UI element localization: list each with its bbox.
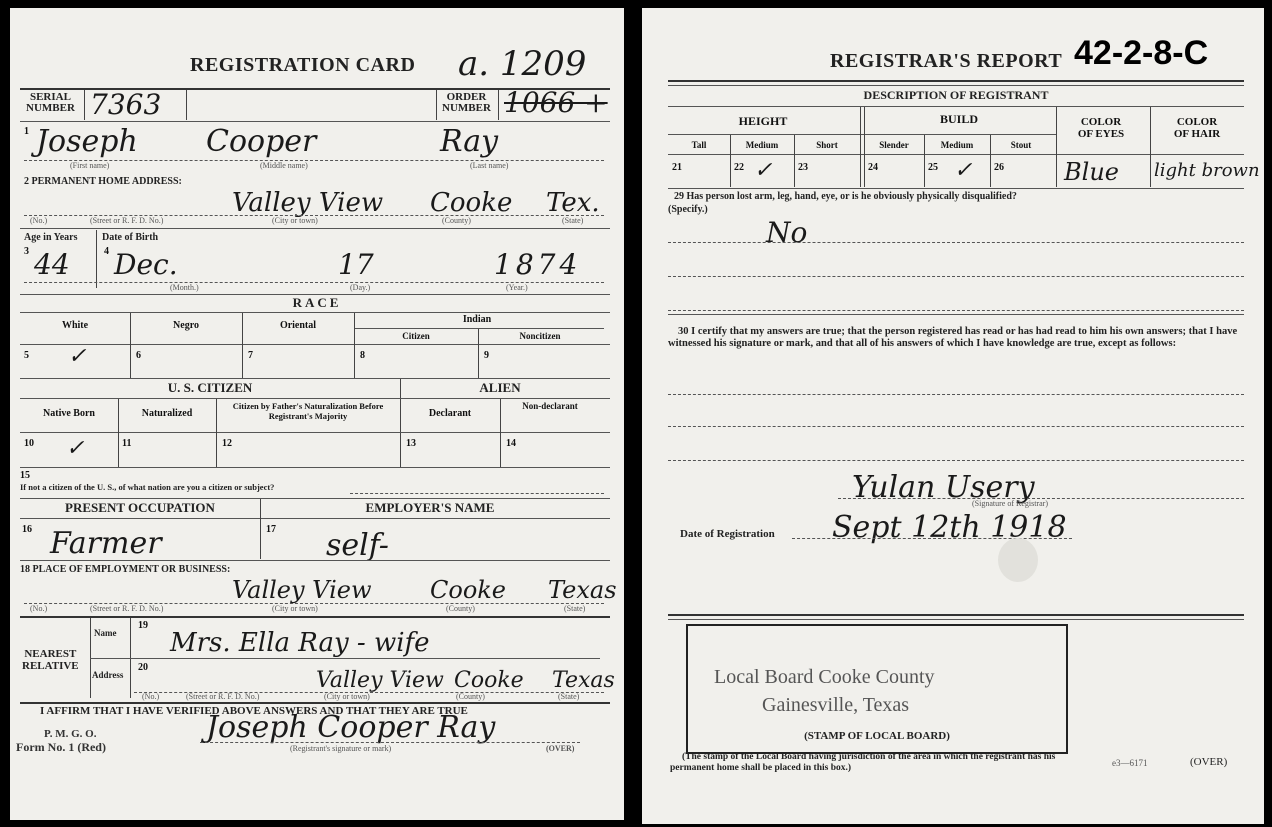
field-number: 10 xyxy=(24,438,34,449)
over-label: (OVER) xyxy=(546,744,574,753)
disqualified-question-text: Has person lost arm, leg, hand, eye, or … xyxy=(687,191,1017,202)
race-col-indian-citizen: Citizen xyxy=(354,331,478,341)
eye-color-label: COLOR OF EYES xyxy=(1056,116,1146,140)
print-code: e3—6171 xyxy=(1112,758,1148,768)
nation-question: If not a citizen of the U. S., of what n… xyxy=(20,482,274,492)
relative-city: Valley View xyxy=(316,668,444,693)
disqualified-answer: No xyxy=(766,216,807,249)
relative-state: Texas xyxy=(552,668,615,693)
signature-caption: (Registrant's signature or mark) xyxy=(290,744,391,753)
field-number: 7 xyxy=(248,350,253,361)
address-caption: (State) xyxy=(564,604,585,613)
nearest-relative-label-line: NEAREST xyxy=(22,648,79,660)
height-col-medium: Medium xyxy=(730,140,794,150)
form-number: Form No. 1 (Red) xyxy=(16,740,106,755)
dob-day: 17 xyxy=(338,248,374,281)
us-citizen-title: U. S. CITIZEN xyxy=(20,380,400,396)
hair-color-value: light brown xyxy=(1154,160,1260,181)
race-col-white: White xyxy=(20,320,130,331)
report-stamp-code: 42-2-8-C xyxy=(1074,34,1208,73)
disqualified-question: 29 Has person lost arm, leg, hand, eye, … xyxy=(674,191,1017,202)
last-name: Ray xyxy=(440,124,498,159)
address-caption: (County) xyxy=(442,216,471,225)
employer-value: self- xyxy=(326,528,389,563)
hair-color-label-line: OF HAIR xyxy=(1150,128,1244,140)
home-county: Cooke xyxy=(430,188,512,218)
field-number: 22 xyxy=(734,162,744,173)
registration-card-back: REGISTRAR'S REPORT 42-2-8-C DESCRIPTION … xyxy=(642,8,1264,824)
dob-month: Dec. xyxy=(114,248,178,281)
relative-name: Mrs. Ella Ray - wife xyxy=(170,628,430,658)
local-board-stamp-box: Local Board Cooke County Gainesville, Te… xyxy=(686,624,1068,754)
race-title: RACE xyxy=(10,295,624,311)
certification-text-body: I certify that my answers are true; that… xyxy=(668,326,1237,349)
field-number: 5 xyxy=(24,350,29,361)
dob-caption: (Month.) xyxy=(170,283,199,292)
employment-city: Valley View xyxy=(232,576,372,604)
registrar-report-title: REGISTRAR'S REPORT xyxy=(830,50,1062,73)
citizen-col-native-born: Native Born xyxy=(20,408,118,419)
dob-caption: (Day.) xyxy=(350,283,370,292)
card-title: REGISTRATION CARD xyxy=(190,54,415,77)
build-col-slender: Slender xyxy=(864,140,924,150)
registration-card-front: REGISTRATION CARD a. 1209 SERIAL NUMBER … xyxy=(10,8,624,820)
address-caption: (State) xyxy=(562,216,583,225)
relative-county: Cooke xyxy=(454,668,524,693)
height-medium-check: ✓ xyxy=(754,158,772,183)
specify-label: (Specify.) xyxy=(668,204,708,215)
race-col-oriental: Oriental xyxy=(242,320,354,331)
serial-number-label: SERIAL NUMBER xyxy=(26,92,75,114)
build-medium-check: ✓ xyxy=(954,158,972,183)
hair-color-label-line: COLOR xyxy=(1150,116,1244,128)
stamp-line-2: Gainesville, Texas xyxy=(762,694,909,717)
height-col-tall: Tall xyxy=(668,140,730,150)
field-number: 18 xyxy=(20,564,30,575)
field-number: 8 xyxy=(360,350,365,361)
race-white-check: ✓ xyxy=(68,344,86,369)
serial-number-value: 7363 xyxy=(90,88,161,121)
field-number: 23 xyxy=(798,162,808,173)
home-city: Valley View xyxy=(232,188,383,218)
eye-color-label-line: OF EYES xyxy=(1056,128,1146,140)
field-number: 6 xyxy=(136,350,141,361)
citizen-col-fathers-naturalization: Citizen by Father's Naturalization Befor… xyxy=(216,401,400,421)
height-col-short: Short xyxy=(794,140,860,150)
field-number: 20 xyxy=(138,662,148,673)
registrant-signature: Joseph Cooper Ray xyxy=(206,710,495,745)
field-number: 11 xyxy=(122,438,131,449)
certification-text: 30 I certify that my answers are true; t… xyxy=(668,326,1244,350)
occupation-value: Farmer xyxy=(50,526,162,561)
occupation-label: PRESENT OCCUPATION xyxy=(20,500,260,516)
address-caption: (No.) xyxy=(30,604,47,613)
description-title: DESCRIPTION OF REGISTRANT xyxy=(668,88,1244,103)
address-caption: (County) xyxy=(446,604,475,613)
height-label: HEIGHT xyxy=(668,114,858,129)
field-number: 3 xyxy=(24,246,29,257)
race-col-indian-noncitizen: Noncitizen xyxy=(478,331,602,341)
field-number: 30 xyxy=(678,326,689,337)
middle-name: Cooper xyxy=(206,124,316,159)
order-number-label: ORDER NUMBER xyxy=(442,92,491,114)
build-label: BUILD xyxy=(864,112,1054,127)
employment-state: Texas xyxy=(548,576,617,604)
alien-col-declarant: Declarant xyxy=(400,408,500,419)
card-mark: a. 1209 xyxy=(458,44,586,84)
build-col-stout: Stout xyxy=(990,140,1052,150)
field-number: 12 xyxy=(222,438,232,449)
citizen-col-naturalized: Naturalized xyxy=(118,408,216,419)
field-number: 19 xyxy=(138,620,148,631)
field-number: 15 xyxy=(20,470,30,481)
race-col-negro: Negro xyxy=(130,320,242,331)
field-number: 13 xyxy=(406,438,416,449)
nearest-relative-label: NEAREST RELATIVE xyxy=(22,648,79,672)
dob-label: Date of Birth xyxy=(102,232,158,243)
native-born-check: ✓ xyxy=(66,436,84,461)
address-caption: (City or town) xyxy=(272,604,318,613)
stamp-caption: (STAMP OF LOCAL BOARD) xyxy=(688,730,1066,742)
field-number: 4 xyxy=(104,246,109,257)
field-number: 26 xyxy=(994,162,1004,173)
address-caption: (Street or R. F. D. No.) xyxy=(186,692,259,701)
field-number: 14 xyxy=(506,438,516,449)
relative-address-label: Address xyxy=(92,670,123,680)
seal-mark xyxy=(998,538,1038,582)
address-caption: (City or town) xyxy=(272,216,318,225)
field-number: 2 xyxy=(24,176,29,187)
field-number: 24 xyxy=(868,162,878,173)
middle-name-caption: (Middle name) xyxy=(260,161,308,170)
eye-color-label-line: COLOR xyxy=(1056,116,1146,128)
field-number: 9 xyxy=(484,350,489,361)
place-of-employment-label-text: PLACE OF EMPLOYMENT OR BUSINESS: xyxy=(33,564,231,575)
registrar-signature-caption: (Signature of Registrar) xyxy=(972,499,1048,508)
hair-color-label: COLOR OF HAIR xyxy=(1150,116,1244,140)
race-col-indian: Indian xyxy=(354,314,600,325)
over-label: (OVER) xyxy=(1190,756,1227,768)
serial-label-line: NUMBER xyxy=(26,103,75,114)
stamp-line-1: Local Board Cooke County xyxy=(714,666,935,689)
address-caption: (No.) xyxy=(30,216,47,225)
order-label-line: NUMBER xyxy=(442,103,491,114)
form-id: P. M. G. O. xyxy=(44,728,96,740)
first-name: Joseph xyxy=(36,124,138,159)
eye-color-value: Blue xyxy=(1064,158,1119,186)
address-caption: (Street or R. F. D. No.) xyxy=(90,216,163,225)
registration-date-label: Date of Registration xyxy=(680,528,775,540)
alien-title: ALIEN xyxy=(400,380,600,396)
field-number: 25 xyxy=(928,162,938,173)
field-number: 16 xyxy=(22,524,32,535)
address-caption: (City or town) xyxy=(324,692,370,701)
relative-name-label: Name xyxy=(94,628,117,638)
home-address-label: 2 PERMANENT HOME ADDRESS: xyxy=(24,176,182,187)
order-number-value: 1066 + xyxy=(504,86,608,119)
employer-label: EMPLOYER'S NAME xyxy=(260,500,600,516)
address-caption: (State) xyxy=(558,692,579,701)
dob-year: 1874 xyxy=(494,248,581,281)
field-number: 21 xyxy=(672,162,682,173)
first-name-caption: (First name) xyxy=(70,161,109,170)
stamp-note: (The stamp of the Local Board having jur… xyxy=(670,752,1070,774)
age-label: Age in Years xyxy=(24,232,78,243)
last-name-caption: (Last name) xyxy=(470,161,508,170)
age-value: 44 xyxy=(34,248,70,281)
nearest-relative-label-line: RELATIVE xyxy=(22,660,79,672)
field-number: 29 xyxy=(674,191,684,202)
address-caption: (Street or R. F. D. No.) xyxy=(90,604,163,613)
employment-county: Cooke xyxy=(430,576,506,604)
build-col-medium: Medium xyxy=(924,140,990,150)
field-number: 17 xyxy=(266,524,276,535)
place-of-employment-label: 18 PLACE OF EMPLOYMENT OR BUSINESS: xyxy=(20,564,230,575)
home-address-label-text: PERMANENT HOME ADDRESS: xyxy=(32,176,182,187)
home-state: Tex. xyxy=(546,188,600,218)
alien-col-non-declarant: Non-declarant xyxy=(500,401,600,411)
address-caption: (No.) xyxy=(142,692,159,701)
address-caption: (County) xyxy=(456,692,485,701)
registration-date-value: Sept 12th 1918 xyxy=(832,510,1067,545)
field-number: 1 xyxy=(24,126,29,137)
dob-caption: (Year.) xyxy=(506,283,528,292)
